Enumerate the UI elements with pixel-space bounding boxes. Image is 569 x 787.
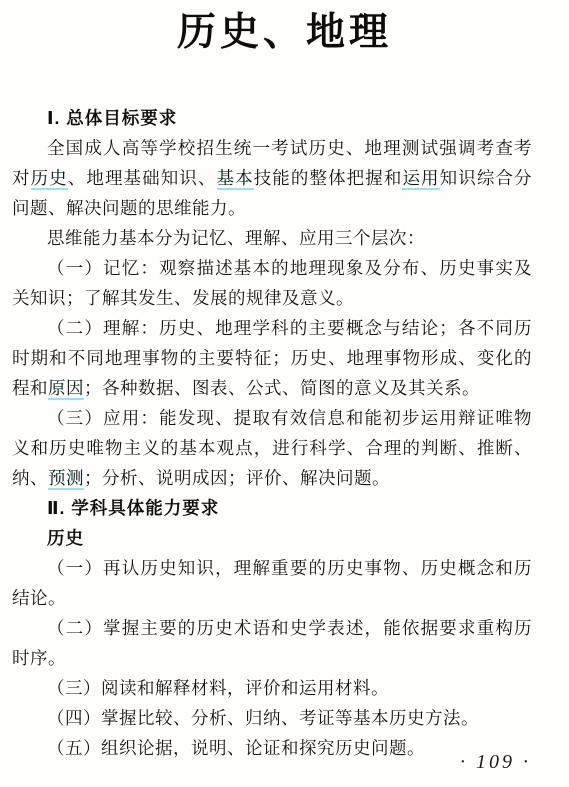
scan-artifact-highlight: 基本 [217, 168, 254, 188]
text-line: 思维能力基本分为记忆、理解、应用三个层次： [12, 223, 532, 253]
section-heading: Ⅱ. 学科具体能力要求 [12, 493, 532, 523]
text-line: 关知识；了解其发生、发展的规律及意义。 [12, 283, 532, 313]
text-line: 时序。 [12, 643, 532, 673]
text-line: 程和原因；各种数据、图表、公式、简图的意义及其关系。 [12, 373, 532, 403]
page-number: · 109 · [460, 751, 531, 774]
scanned-document-page: 历史、地理 Ⅰ. 总体目标要求全国成人高等学校招生统一考试历史、地理测试强调考查… [0, 0, 569, 787]
section-heading: Ⅰ. 总体目标要求 [12, 103, 532, 133]
text-line: （二）掌握主要的历史术语和史学表述，能依据要求重构历史 [12, 613, 532, 643]
scan-artifact-highlight: 运用 [402, 168, 439, 188]
scan-artifact-highlight: 预测 [48, 468, 84, 488]
document-body: Ⅰ. 总体目标要求全国成人高等学校招生统一考试历史、地理测试强调考查考生对历史、… [12, 103, 532, 763]
text-line: （四）掌握比较、分析、归纳、考证等基本历史方法。 [12, 703, 532, 733]
text-line: （二）理解：历史、地理学科的主要概念与结论；各不同历史 [12, 313, 532, 343]
text-line: 义和历史唯物主义的基本观点，进行科学、合理的判断、推断、归 [12, 433, 532, 463]
text-line: （三）阅读和解释材料，评价和运用材料。 [12, 673, 532, 703]
scan-artifact-highlight: 原因 [48, 378, 84, 398]
scan-artifact-highlight: 历史 [31, 168, 68, 188]
text-line: （三）应用：能发现、提取有效信息和能初步运用辩证唯物主 [12, 403, 532, 433]
text-line: 纳、预测；分析、说明成因；评价、解决问题。 [12, 463, 532, 493]
page-title: 历史、地理 [0, 10, 569, 56]
section-heading: 历史 [12, 523, 532, 553]
text-line: 时期和不同地理事物的主要特征；历史、地理事物形成、变化的过 [12, 343, 532, 373]
text-line: 结论。 [12, 583, 532, 613]
text-line: 对历史、地理基础知识、基本技能的整体把握和运用知识综合分析 [12, 163, 532, 193]
text-line: （一）记忆：观察描述基本的地理现象及分布、历史事实及相 [12, 253, 532, 283]
text-line: 全国成人高等学校招生统一考试历史、地理测试强调考查考生 [12, 133, 532, 163]
text-line: （一）再认历史知识，理解重要的历史事物、历史概念和历史 [12, 553, 532, 583]
text-line: 问题、解决问题的思维能力。 [12, 193, 532, 223]
text-line: （五）组织论据，说明、论证和探究历史问题。 [12, 733, 532, 763]
